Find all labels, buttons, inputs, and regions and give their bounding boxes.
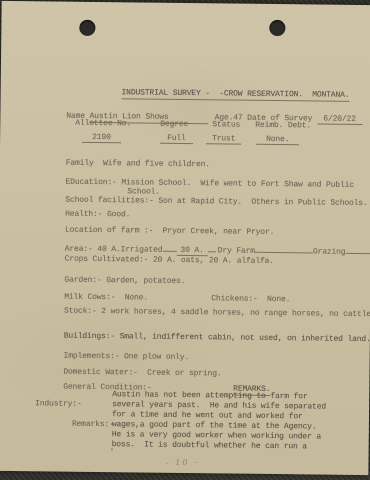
industry-label: Industry:- [35, 399, 82, 410]
punch-hole-right [269, 20, 285, 36]
title-text: INDUSTRIAL SURVEY - -CROW RESERVATION. M… [121, 88, 349, 102]
stock-value: 2 work horses, 4 saddle horses, no range… [101, 307, 370, 319]
degree-value: Full [160, 134, 193, 144]
column-header-row: Allottee No. Degree Status Reimb. Debt. [2, 1, 370, 5]
col-header-allottee: Allottee No. [75, 119, 131, 130]
family-label: Family [66, 159, 94, 168]
buildings-label: Buildings:- [64, 332, 115, 342]
remarks-line: boss. It is doubtful whether he can run … [112, 440, 307, 452]
remarks-label: Remarks:- [72, 420, 114, 430]
photo-background: INDUSTRIAL SURVEY - -CROW RESERVATION. M… [0, 0, 370, 480]
crops-value: 20 A. oats, 20 A. alfalfa. [153, 256, 274, 266]
grazing-label: Grazing [313, 247, 346, 256]
crops-label: Crops Cultivated:- [65, 255, 149, 265]
stray-mark: ' [109, 448, 114, 458]
remarks-paragraph: Austin has not been attempting to farm f… [2, 1, 370, 5]
punch-hole-left [79, 20, 95, 36]
status-value: Trust [206, 134, 241, 144]
school-facilities-value: Son at Rapid City. Others in Public Scho… [158, 197, 367, 208]
handwritten-page-number: - 10 - [0, 454, 369, 472]
col-header-status: Status [212, 120, 240, 130]
stock-label: Stock:- [64, 307, 97, 316]
document-paper: INDUSTRIAL SURVEY - -CROW RESERVATION. M… [0, 1, 370, 475]
reimb-value: None. [256, 135, 299, 145]
allottee-value: 2190 [82, 133, 121, 143]
col-header-degree: Degree [160, 120, 188, 130]
col-header-reimb: Reimb. Debt. [255, 121, 311, 132]
survey-date-value: 6/20/22 [317, 114, 362, 125]
grazing-blank [345, 245, 370, 255]
column-value-row: 2190 Full Trust None. [2, 1, 370, 5]
